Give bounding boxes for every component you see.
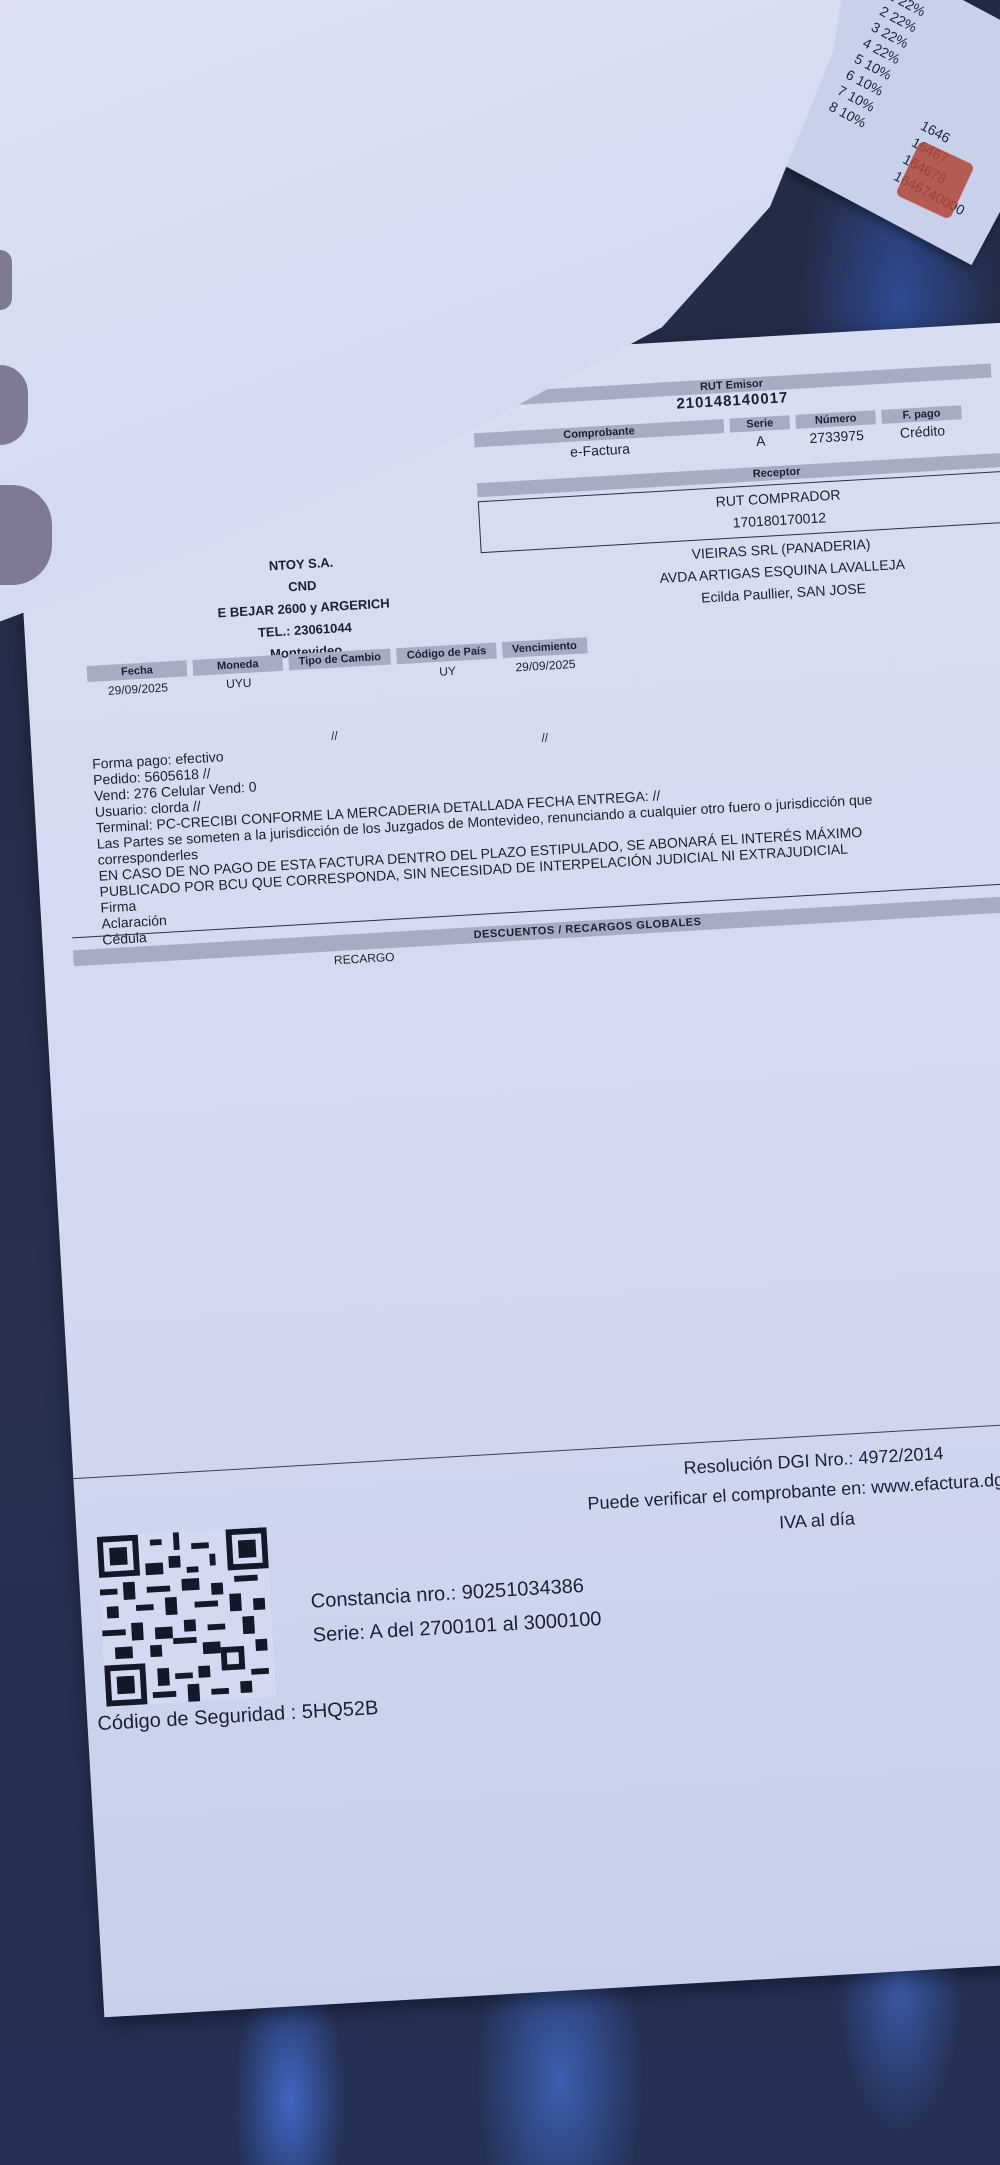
meta-value: 29/09/2025 bbox=[515, 657, 576, 674]
meta-vencimiento: Vencimiento 29/09/2025 bbox=[502, 637, 589, 675]
f-pago-cell: F. pago Crédito bbox=[881, 405, 963, 442]
numero-value: 2733975 bbox=[809, 427, 864, 446]
meta-value bbox=[340, 670, 341, 684]
meta-header: Fecha bbox=[87, 660, 188, 682]
serie-value: A bbox=[756, 433, 766, 450]
f-pago-label: F. pago bbox=[881, 405, 962, 424]
numero-label: Número bbox=[795, 410, 876, 429]
meta-moneda: Moneda UYU bbox=[192, 655, 284, 693]
meta-tipo-cambio: Tipo de Cambio bbox=[288, 649, 392, 688]
meta-header: Vencimiento bbox=[502, 637, 588, 658]
meta-codigo-pais: Código de País UY bbox=[396, 642, 497, 681]
slash-mark: // bbox=[331, 728, 339, 744]
comprobante-cell: Comprobante e-Factura bbox=[474, 419, 725, 465]
receptor-block: Receptor RUT COMPRADOR 170180170012 VIEI… bbox=[477, 449, 1000, 621]
constancia-block: Constancia nro.: 90251034386 Serie: A de… bbox=[310, 1568, 603, 1653]
invoice-sheet: RUT Emisor 210148140017 Comprobante e-Fa… bbox=[10, 319, 1000, 2017]
receipt-rate-lines: 1 22% 2 22% 3 22% 4 22% 5 10% 6 10% 7 10… bbox=[826, 0, 929, 132]
serie-cell: Serie A bbox=[729, 415, 791, 450]
dgi-info: Resolución DGI Nro.: 4972/2014 Puede ver… bbox=[493, 1427, 1000, 1554]
numero-cell: Número 2733975 bbox=[795, 410, 877, 447]
invoice-footer: Resolución DGI Nro.: 4972/2014 Puede ver… bbox=[73, 1417, 1000, 1479]
finger bbox=[0, 250, 12, 310]
slash-mark: // bbox=[541, 730, 549, 746]
meta-value: 29/09/2025 bbox=[108, 680, 169, 697]
serie-label: Serie bbox=[729, 415, 790, 432]
f-pago-value: Crédito bbox=[899, 422, 945, 441]
qr-code-icon bbox=[97, 1527, 277, 1707]
comprobante-value: e-Factura bbox=[570, 440, 631, 459]
meta-value: UY bbox=[439, 664, 456, 679]
meta-value: UYU bbox=[226, 676, 252, 691]
meta-fecha: Fecha 29/09/2025 bbox=[87, 660, 189, 699]
